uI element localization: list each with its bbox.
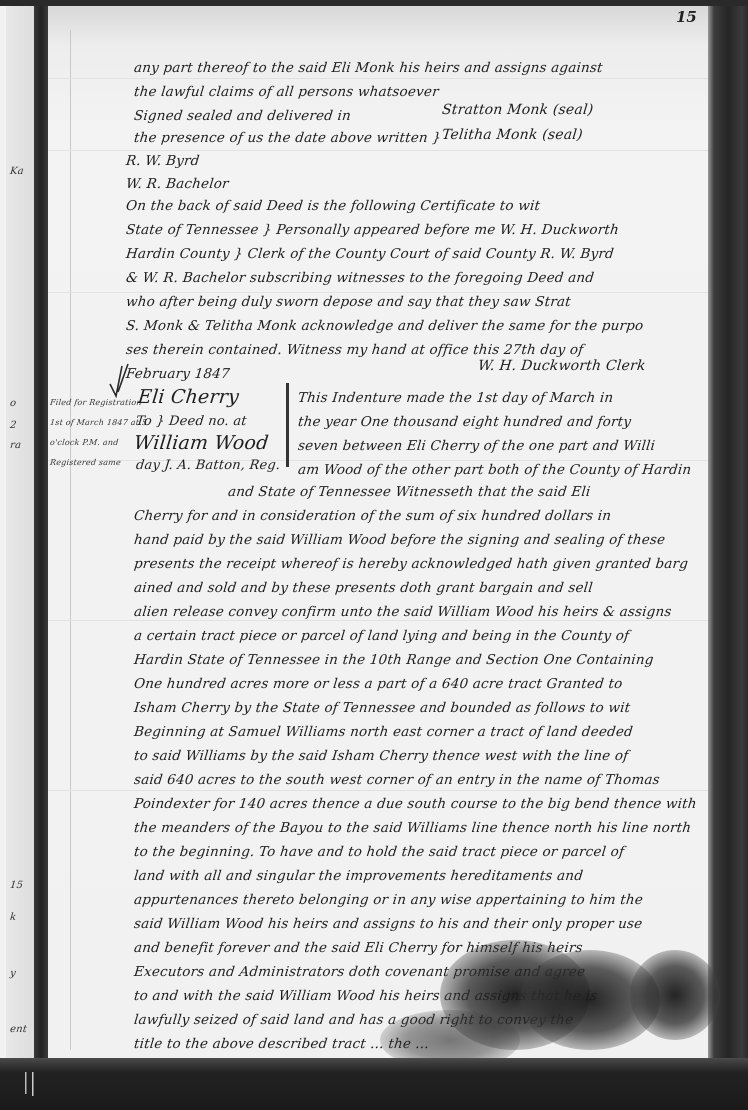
certificate-line: who after being duly sworn depose and sa… — [125, 294, 571, 310]
certificate-line: State of Tennessee } Personally appeared… — [125, 222, 620, 238]
ruling-line — [48, 292, 708, 293]
certificate-line: ses therein contained. Witness my hand a… — [125, 342, 584, 358]
right-binding-shadow — [708, 6, 748, 1066]
left-binding-shadow — [34, 6, 48, 1066]
deed-line: the meanders of the Bayou to the said Wi… — [133, 820, 692, 836]
facing-page-fragment: o — [9, 398, 16, 409]
deed-grantee: William Wood — [133, 432, 270, 454]
deed-line: Cherry for and in consideration of the s… — [133, 508, 612, 524]
continuation-line: any part thereof to the said Eli Monk hi… — [133, 60, 603, 76]
registration-note-line: o'clock P.M. and — [50, 438, 120, 447]
check-mark-icon — [108, 362, 132, 398]
certificate-line: & W. R. Bachelor subscribing witnesses t… — [125, 270, 595, 286]
ruling-line — [48, 78, 708, 79]
deed-grantor: Eli Cherry — [137, 386, 240, 408]
signature-grantor-1: Stratton Monk (seal) — [441, 102, 594, 118]
ruling-line — [48, 150, 708, 151]
margin-rule — [70, 30, 71, 1050]
facing-page-fragment: 15 — [9, 880, 23, 891]
deed-line: said William Wood his heirs and assigns … — [133, 916, 643, 932]
signature-grantor-2: Telitha Monk (seal) — [441, 127, 583, 143]
deed-line: Beginning at Samuel Williams north east … — [133, 724, 634, 740]
witness-name: R. W. Byrd — [125, 153, 200, 169]
attestation-line: the presence of us the date above writte… — [133, 130, 442, 146]
deed-line: land with all and singular the improveme… — [133, 868, 584, 884]
deed-line: alien release convey confirm unto the sa… — [133, 604, 672, 620]
certificate-line: Hardin County } Clerk of the County Cour… — [125, 246, 615, 262]
facing-page-fragment: ra — [9, 440, 21, 451]
certificate-line: S. Monk & Telitha Monk acknowledge and d… — [125, 318, 644, 334]
caption-divider — [286, 383, 289, 467]
deed-line: Poindexter for 140 acres thence a due so… — [133, 796, 697, 812]
attestation-line: Signed sealed and delivered in — [133, 108, 352, 124]
witness-name: W. R. Bachelor — [125, 176, 229, 192]
ruling-line — [48, 620, 708, 621]
deed-caption-line: To } Deed no. at — [135, 414, 247, 429]
facing-page-edge — [6, 6, 36, 1066]
deed-line: said 640 acres to the south west corner … — [133, 772, 660, 788]
deed-line: and State of Tennessee Witnesseth that t… — [227, 484, 591, 500]
registration-note-line: Filed for Registration — [50, 398, 143, 407]
deed-line: a certain tract piece or parcel of land … — [133, 628, 630, 644]
scan-bottom-edge — [0, 1058, 748, 1110]
page-number: 15 — [676, 8, 697, 26]
facing-page-fragment: 2 — [9, 420, 17, 431]
certificate-line: On the back of said Deed is the followin… — [125, 198, 541, 214]
deed-opening-line: seven between Eli Cherry of the one part… — [297, 438, 656, 454]
facing-page-fragment: ent — [9, 1024, 27, 1035]
film-marks-icon — [24, 1072, 38, 1096]
deed-line: to the beginning. To have and to hold th… — [133, 844, 625, 860]
registration-note-line: Registered same — [50, 458, 122, 467]
deed-opening-line: This Indenture made the 1st day of March… — [297, 390, 614, 406]
deed-line: hand paid by the said William Wood befor… — [133, 532, 666, 548]
deed-line: to said Williams by the said Isham Cherr… — [133, 748, 629, 764]
scan-image: 15 any part thereof to the said Eli Monk… — [0, 0, 748, 1110]
registration-note-line: 1st of March 1847 at 5 — [50, 418, 148, 427]
deed-line: Hardin State of Tennessee in the 10th Ra… — [133, 652, 654, 668]
facing-page-fragment: k — [9, 912, 16, 923]
continuation-line: the lawful claims of all persons whatsoe… — [133, 84, 439, 100]
water-stain — [630, 950, 720, 1040]
deed-line: Isham Cherry by the State of Tennessee a… — [133, 700, 631, 716]
ruling-line — [48, 790, 708, 791]
deed-line: One hundred acres more or less a part of… — [133, 676, 623, 692]
deed-line: presents the receipt whereof is hereby a… — [133, 556, 689, 572]
deed-line: ained and sold and by these presents dot… — [133, 580, 593, 596]
clerk-signature: W. H. Duckworth Clerk — [477, 358, 646, 374]
facing-page-fragment: y — [9, 968, 16, 979]
facing-page-fragment: Ka — [9, 166, 24, 177]
deed-opening-line: am Wood of the other part both of the Co… — [297, 462, 692, 478]
deed-line: appurtenances thereto belonging or in an… — [133, 892, 644, 908]
deed-caption-line: day J. A. Batton, Reg. — [135, 458, 281, 473]
certificate-date: February 1847 — [125, 366, 230, 382]
deed-opening-line: the year One thousand eight hundred and … — [297, 414, 632, 430]
